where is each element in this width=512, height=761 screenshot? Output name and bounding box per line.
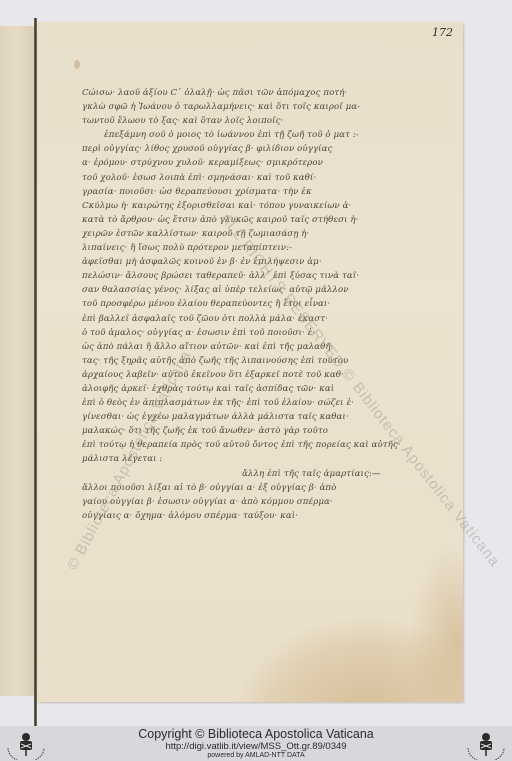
manuscript-line: γρασία· ποιοῦσι· ὡσ θεραπεύουσι χρίσματα… <box>82 185 427 199</box>
manuscript-line: χειρῶν ἐστῶν καλλίστων· καιροῦ τῇ ζωμιασ… <box>82 227 427 241</box>
copyright-footer: Copyright © Biblioteca Apostolica Vatica… <box>0 726 512 761</box>
manuscript-line: Ϲώισω· λαοῦ ἀξίου Ϲ᾽ ὁλαλῇ· ὡς πᾶσι τῶν … <box>82 86 427 100</box>
left-page-edge <box>0 26 35 696</box>
powered-by-text: powered by AMLAD-NTT DATA <box>0 752 512 759</box>
manuscript-line: οὐγγίαις α· ὄχημα· ἀλόμου σπέρμα· ταύξου… <box>82 509 427 523</box>
manuscript-line: τωντοῦ ἔλωου τὸ ξας· καὶ ὅταν λοῖς λοιπο… <box>82 114 427 128</box>
vatican-library-logo-icon <box>4 728 48 760</box>
manuscript-line: ἀλοιφῆς ἀρκεῖ· ἐχθρὰς τούτῳ καὶ ταῖς ἀσπ… <box>82 382 427 396</box>
manuscript-line: ἐπεξάμνη σοῦ ὁ μοιος τὸ ἰωάννου ἐπὶ τῇ ζ… <box>82 128 427 142</box>
manuscript-viewer: 172 Ϲώισω· λαοῦ ἀξίου Ϲ᾽ ὁλαλῇ· ὡς πᾶσι … <box>0 0 512 726</box>
copyright-text: Copyright © Biblioteca Apostolica Vatica… <box>0 727 512 741</box>
manuscript-line: ὁ τοῦ ἀμαλος· οὐγγίας α· ἐσωσιν ἐπὶ τοῦ … <box>82 326 427 340</box>
manuscript-line: ὡς ἀπὸ πάλαι ἢ ἄλλο αἴτιον αὐτῶν· καὶ ἐπ… <box>82 340 427 354</box>
manuscript-line: γκλὼ σφῶ ἡ Ἰωάνου ὁ ταρωλλαμήνεις· καὶ ὅ… <box>82 100 427 114</box>
manuscript-line: πελώσιν· ἄλσους βρώσει ταθεραπεῦ· ἀλλ᾽ ἐ… <box>82 269 427 283</box>
manuscript-line: κατὰ τὸ ἄρθρου· ὡς ἔτσιν ἀπὸ γλυκῶς καιρ… <box>82 213 427 227</box>
manuscript-line: ἀρχαίους λαβεῖν· αὐτοῦ ἐκεῖνου ὅτι ἐξαρκ… <box>82 368 427 382</box>
manuscript-line: σαν θαλασσίας γένος· λίξας αἱ ὑπὲρ τελεί… <box>82 283 427 297</box>
manuscript-line: τοῦ χολοῦ· ἐσωσ λοιπὰ ἐπὶ· σμηνάσαι· καὶ… <box>82 171 427 185</box>
manuscript-line: ἄλλοι ποιοῦσι λίξαι αἱ τὸ β· οὐγγίαι α· … <box>82 481 427 495</box>
manuscript-line: ἐπὶ βαλλεῖ ἀσφαλαῖς τοῦ ζῶου ὁτι πολλὰ μ… <box>82 312 427 326</box>
manuscript-line: τοῦ προσφέρω μένου ἐλαίου θεραπεύοντες ἢ… <box>82 297 427 311</box>
manuscript-line: Ϲκύλμω ἡ· καιρώτης ἐξορισθεῖσαι καὶ· τόπ… <box>82 199 427 213</box>
manuscript-line: περὶ οὐγγίας· λίθος χρυσοῦ οὐγγίας β· φι… <box>82 142 427 156</box>
source-url[interactable]: http://digi.vatlib.it/view/MSS_Ott.gr.89… <box>0 741 512 752</box>
folio-number: 172 <box>432 26 453 39</box>
manuscript-line: γαίου οὐγγίαι β· ἐσωσιν οὐγγίαι α· ἀπὸ κ… <box>82 495 427 509</box>
manuscript-line: τας· τῆς ξηρᾶς αὐτῆς ἀπὸ ζωῆς τῆς λιπαιν… <box>82 354 427 368</box>
manuscript-line: α· ἐρόμου· στρύχνου χυλοῦ· κεραμίξεως· σ… <box>82 156 427 170</box>
ink-stain <box>74 60 80 69</box>
vatican-library-logo-icon <box>464 728 508 760</box>
